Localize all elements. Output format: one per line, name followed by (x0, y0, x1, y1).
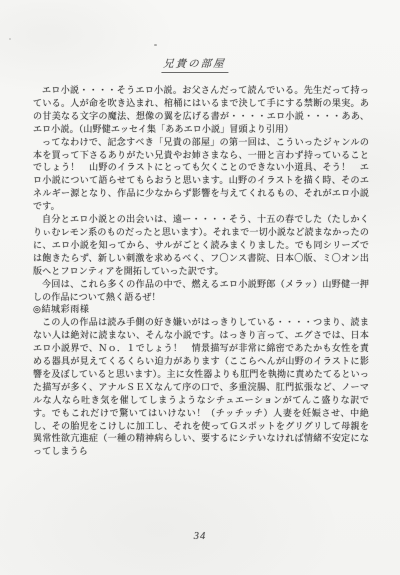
section-header-author: ◎結城彩雨様 (33, 303, 369, 316)
paragraph-lead-in: 今回は、これら多くの作品の中で、燃えるエロ小説野郎（メラッ）山野健一押しの作品に… (33, 278, 369, 304)
body-text: エロ小説・・・・そうエロ小説。お父さんだって読んでいる。先生だって持っている。人… (33, 84, 369, 458)
page-number: 34 (0, 531, 400, 542)
paragraph-history: 自分とエロ小説との出会いは、遠ー・・・・そう、十五の春でした（たしかくりぃむレモ… (33, 213, 369, 278)
paragraph-review: この人の作品は読み手側の好き嫌いがはっきりしている・・・・つまり、読まない人は絶… (33, 316, 369, 458)
scan-speck (154, 44, 157, 46)
paragraph-quote: エロ小説・・・・そうエロ小説。お父さんだって読んでいる。先生だって持っている。人… (33, 84, 369, 136)
scanned-document-page: 兄貴の部屋 エロ小説・・・・そうエロ小説。お父さんだって読んでいる。先生だって持… (0, 0, 400, 575)
paragraph-intro: ってなわけで、記念すべき「兄貴の部屋」の第一回は、こういったジャンルの本を買って… (33, 136, 369, 213)
page-title: 兄貴の部屋 (161, 56, 229, 73)
scan-speck (9, 38, 11, 40)
